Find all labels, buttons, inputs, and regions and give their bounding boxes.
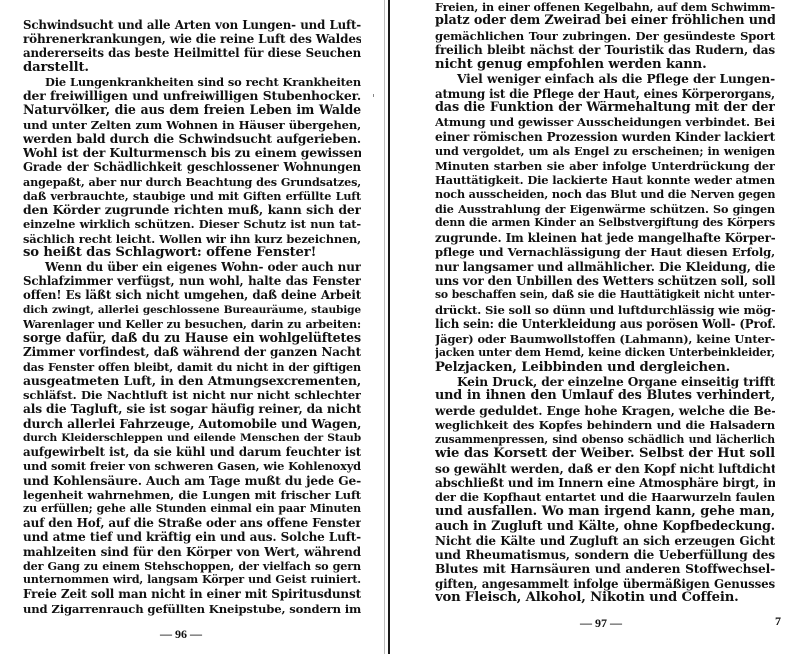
text-line: drückt. Sie soll so dünn und luftdurchlä… bbox=[435, 303, 775, 317]
text-line: atmung ist die Pflege der Haut, eines Kö… bbox=[435, 87, 775, 101]
text-line: durch Kleiderschleppen und eilende Mensc… bbox=[23, 431, 361, 445]
text-line: das die Funktion der Wärmehaltung mit de… bbox=[435, 101, 775, 115]
text-line: die Ausstrahlung der Eigenwärme schützen… bbox=[435, 202, 775, 216]
right-page: Freien, in einer offenen Kegelbahn, auf … bbox=[390, 0, 800, 654]
text-line: nur langsamer und allmählicher. Die Klei… bbox=[435, 260, 775, 274]
text-line: sorge dafür, daß du zu Hause ein wohlgel… bbox=[23, 331, 361, 345]
text-line: Blutes mit Harnsäuren und anderen Stoffw… bbox=[435, 562, 775, 576]
text-line: Wohl ist der Kulturmensch bis zu einem g… bbox=[23, 146, 361, 160]
text-line: und ausfallen. Wo man irgend kann, gehe … bbox=[435, 505, 775, 519]
text-line: Kein Druck, der einzelne Organe einseiti… bbox=[435, 375, 775, 389]
text-line: nicht genug empfohlen werden kann. bbox=[435, 58, 775, 72]
text-line: schläfst. Die Nachtluft ist nicht nur ni… bbox=[23, 388, 361, 402]
text-line: so gewählt werden, daß er den Kopf nicht… bbox=[435, 462, 775, 476]
text-line: durch allerlei Fahrzeuge, Automobile und… bbox=[23, 417, 361, 431]
text-line: das Fenster offen bleibt, damit du nicht… bbox=[23, 360, 361, 374]
text-line: auch in Zugluft und Kälte, ohne Kopfbede… bbox=[435, 519, 775, 533]
text-line: und vergoldet, um als Engel zu erscheine… bbox=[435, 144, 775, 158]
text-line: ausgeatmeten Luft, in den Atmungsexcreme… bbox=[23, 374, 361, 388]
text-line: zusammenpressen, sind obenso schädlich u… bbox=[435, 433, 775, 447]
left-page-number: — 96 — bbox=[160, 627, 202, 642]
left-page-body: Schwindsucht und alle Arten von Lungen- … bbox=[23, 18, 361, 616]
signature-mark: 7 bbox=[775, 614, 781, 629]
text-line: Hauttätigkeit. Die lackierte Haut konnte… bbox=[435, 173, 775, 187]
text-line: platz oder dem Zweirad bei einer fröhlic… bbox=[435, 14, 775, 28]
text-line: Viel weniger einfach als die Pflege der … bbox=[435, 72, 775, 86]
text-line: den Körder zugrunde richten muß, kann si… bbox=[23, 203, 361, 217]
text-line: gemächlichen Tour zubringen. Der gesünde… bbox=[435, 29, 775, 43]
text-line: Zimmer vorfindest, daß während der ganze… bbox=[23, 345, 361, 359]
gutter-shadow bbox=[384, 0, 385, 654]
text-line: und somit freier von schweren Gasen, wie… bbox=[23, 459, 361, 473]
text-line: der die Kopfhaut entartet und die Haarwu… bbox=[435, 490, 775, 504]
text-line: und atme tief und kräftig ein und aus. S… bbox=[23, 530, 361, 544]
text-line: offen! Es läßt sich nicht umgehen, daß d… bbox=[23, 288, 361, 302]
text-line: lich sein: die Unterkleidung aus porösen… bbox=[435, 317, 775, 331]
text-line: Naturvölker, die aus dem freien Leben im… bbox=[23, 103, 361, 117]
text-line: unternommen wird, langsam Körper und Gei… bbox=[23, 573, 361, 587]
text-line: Freien, in einer offenen Kegelbahn, auf … bbox=[435, 0, 775, 14]
left-page: Schwindsucht und alle Arten von Lungen- … bbox=[0, 0, 388, 654]
text-line: Atmung und gewisser Ausscheidungen verbi… bbox=[435, 115, 775, 129]
text-line: dich zwingt, allerlei geschlossene Burea… bbox=[23, 303, 361, 317]
text-line: pflege und Vernachlässigung der Haut die… bbox=[435, 245, 775, 259]
text-line: wie das Korsett der Weiber. Selbst der H… bbox=[435, 447, 775, 461]
text-line: so heißt das Schlagwort: offene Fenster! bbox=[23, 246, 361, 260]
text-line: Schwindsucht und alle Arten von Lungen- … bbox=[23, 18, 361, 32]
text-line: einzelne wirklich schützen. Dieser Schut… bbox=[23, 217, 361, 231]
text-line: zu erfüllen; gehe alle Stunden einmal ei… bbox=[23, 502, 361, 516]
text-line: angepaßt, aber nur durch Beachtung des G… bbox=[23, 175, 361, 189]
text-line: Schlafzimmer verfügst, nun wohl, halte d… bbox=[23, 274, 361, 288]
text-line: und in ihnen den Umlauf des Blutes verhi… bbox=[435, 389, 775, 403]
text-line: werde geduldet. Enge hohe Kragen, welche… bbox=[435, 404, 775, 418]
text-line: werden bald durch die Schwindsucht aufge… bbox=[23, 132, 361, 146]
text-line: der freiwilligen und unfreiwilligen Stub… bbox=[23, 89, 361, 103]
text-line: der Gang zu einem Stehschoppen, der viel… bbox=[23, 559, 361, 573]
text-line: noch ausscheiden, noch das Blut und die … bbox=[435, 187, 775, 201]
text-line: weglichkeit des Kopfes behindern und die… bbox=[435, 418, 775, 432]
text-line: Pelzjacken, Leibbinden und dergleichen. bbox=[435, 361, 775, 375]
text-line: Wenn du über ein eigenes Wohn- oder auch… bbox=[23, 260, 361, 274]
text-line: zugrunde. Im kleinen hat jede mangelhaft… bbox=[435, 231, 775, 245]
text-line: als die Tagluft, sie ist sogar häufig re… bbox=[23, 402, 361, 416]
text-line: denn die armen Kinder an Selbstvergiftun… bbox=[435, 216, 775, 230]
text-line: legenheit wahrnehmen, die Lungen mit fri… bbox=[23, 488, 361, 502]
text-line: und unter Zelten zum Wohnen in Häuser üb… bbox=[23, 118, 361, 132]
text-line: sächlich recht leicht. Wollen wir ihn ku… bbox=[23, 232, 361, 246]
text-line: Freie Zeit soll man nicht in einer mit S… bbox=[23, 587, 361, 601]
text-line: und Kohlensäure. Auch am Tage mußt du je… bbox=[23, 474, 361, 488]
text-line: jacken unter dem Hemd, keine dicken Unte… bbox=[435, 346, 775, 360]
text-line: freilich bleibt nächst der Touristik das… bbox=[435, 43, 775, 57]
text-line: Jäger) oder Baumwollstoffen (Lahmann), k… bbox=[435, 332, 775, 346]
text-line: abschließt und im Innern eine Atmosphäre… bbox=[435, 476, 775, 490]
text-line: Die Lungenkrankheiten sind so recht Kran… bbox=[23, 75, 361, 89]
text-line: aufgewirbelt ist, da sie kühl und darum … bbox=[23, 445, 361, 459]
text-line: röhrenerkrankungen, wie die reine Luft d… bbox=[23, 32, 361, 46]
text-line: darstellt. bbox=[23, 61, 361, 75]
text-line: Grade der Schädlichkeit geschlossener Wo… bbox=[23, 160, 361, 174]
right-page-number: — 97 — bbox=[580, 616, 622, 631]
text-line: und Zigarrenrauch gefüllten Kneipstube, … bbox=[23, 602, 361, 616]
text-line: Nicht die Kälte und Zugluft an sich erze… bbox=[435, 534, 775, 548]
text-line: und Rheumatismus, sondern die Ueberfüllu… bbox=[435, 548, 775, 562]
text-line: andererseits das beste Heilmittel für di… bbox=[23, 46, 361, 60]
scan-speck bbox=[373, 94, 374, 97]
text-line: so beschaffen sein, daß sie die Hauttäti… bbox=[435, 288, 775, 302]
text-line: einer römischen Prozession wurden Kinder… bbox=[435, 130, 775, 144]
text-line: von Fleisch, Alkohol, Nikotin und Coffei… bbox=[435, 591, 775, 605]
text-line: giften, angesammelt infolge übermäßigen … bbox=[435, 577, 775, 591]
text-line: Warenlager und Keller zu besuchen, darin… bbox=[23, 317, 361, 331]
text-line: auf den Hof, auf die Straße oder ans off… bbox=[23, 516, 361, 530]
text-line: uns vor den Unbillen des Wetters schütze… bbox=[435, 274, 775, 288]
right-page-body: Freien, in einer offenen Kegelbahn, auf … bbox=[435, 0, 775, 606]
text-line: Minuten starben sie aber infolge Unterdr… bbox=[435, 159, 775, 173]
text-line: mahlzeiten sind für den Körper von Wert,… bbox=[23, 545, 361, 559]
text-line: daß verbrauchte, staubige und mit Giften… bbox=[23, 189, 361, 203]
